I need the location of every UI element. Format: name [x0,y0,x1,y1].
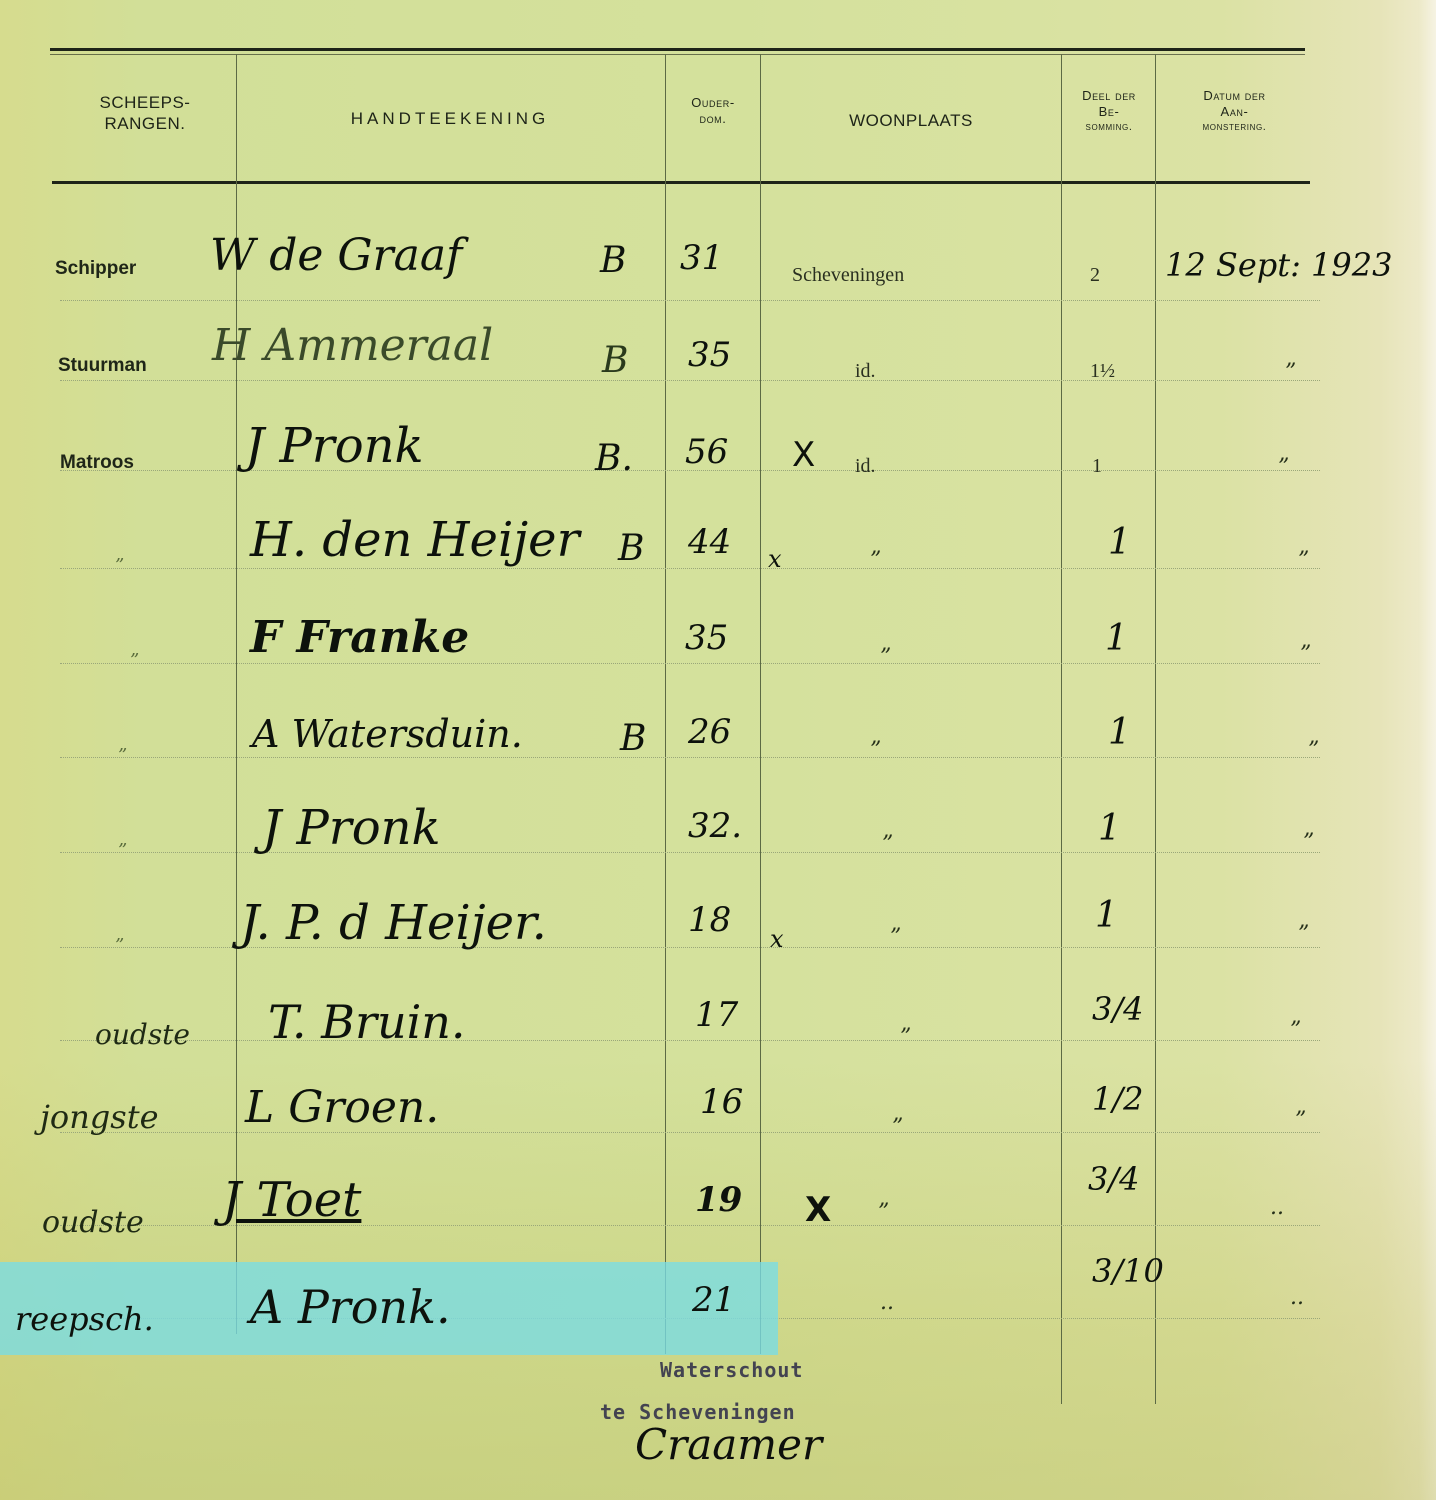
signature-cell: J Pronk [262,800,441,856]
date-cell: .. [1270,1195,1284,1220]
header-signature-label: HANDTEEKENING [351,109,549,128]
top-rule-thin [50,54,1305,55]
header-date: Datum der Aan- monstering. [1157,88,1312,134]
share-cell: 1 [1108,522,1131,563]
header-signature: HANDTEEKENING [240,108,660,129]
signature-cell: W de Graaf [210,230,462,281]
date-cell: ” [1300,642,1311,667]
residence-cell: ” [870,548,881,573]
age-cell: 44 [688,522,731,562]
row-guide [60,757,1320,758]
residence-cell: Scheveningen [792,264,904,287]
residence-cell: id. [855,455,876,478]
age-cell: 16 [700,1082,743,1122]
header-date-line2: Aan- [1157,104,1312,120]
row-guide [60,1040,1320,1041]
residence-cell: ” [882,832,893,857]
mark-cell: B [618,528,644,569]
signature-cell: H Ammeraal [212,320,493,371]
share-cell: 1 [1098,808,1121,849]
row-guide [60,568,1320,569]
signature-cell: F Franke [250,612,469,663]
header-rank-line1: SCHEEPS- [60,92,230,113]
signature-cell: A Pronk. [250,1280,451,1334]
header-date-line1: Datum der [1157,88,1312,104]
date-cell: ” [1303,830,1314,855]
mark-cell: B [620,718,646,759]
mark-cell: B [602,340,628,381]
header-age-line1: Ouder- [668,95,758,111]
header-residence-label: WOONPLAATS [849,111,973,130]
row-guide [60,300,1320,301]
header-rank: SCHEEPS- RANGEN. [60,92,230,135]
date-cell: ” [1298,548,1309,573]
signature-cell: J. P. d Heijer. [240,895,547,951]
age-cell: 31 [680,238,723,278]
share-cell: 1 [1105,618,1128,659]
cross-mark-cell: X [792,435,815,475]
age-cell: 35 [685,618,728,658]
rank-cell: ” [115,555,124,576]
row-guide [60,380,1320,381]
header-share-line3: somming. [1063,121,1155,135]
date-cell: ” [1298,922,1309,947]
residence-cell: ” [900,1025,911,1050]
date-cell: ” [1308,738,1319,763]
header-age-line2: dom. [668,111,758,127]
page-edge [1418,0,1436,1500]
cross-mark-cell: X [805,1190,831,1230]
signature-cell: T. Bruin. [268,995,466,1049]
rank-cell: Stuurman [58,355,147,377]
mark-cell: B. [595,438,633,479]
age-cell: 18 [688,900,731,940]
rank-cell: ” [130,650,139,671]
residence-cell: ” [892,1115,903,1140]
share-cell: 1½ [1090,360,1115,383]
header-share: Deel der Be- somming. [1063,88,1155,134]
header-date-line3: monstering. [1157,121,1312,135]
rank-cell: oudste [42,1205,144,1240]
rank-cell: reepsch. [15,1300,154,1338]
age-cell: 56 [685,432,728,472]
header-share-line1: Deel der [1063,88,1155,104]
share-cell: 3/4 [1088,1160,1140,1198]
share-cell: 3/10 [1092,1252,1164,1290]
share-cell: 1/2 [1092,1080,1144,1118]
header-share-line2: Be- [1063,104,1155,120]
signature-cell: J Toet [222,1172,361,1228]
rank-cell: ” [118,745,127,766]
rank-cell: oudste [95,1018,190,1051]
cross-mark-cell: x [768,545,782,573]
rank-cell: jongste [40,1098,159,1136]
signature-cell: A Watersduin. [252,712,523,756]
residence-cell: ” [890,925,901,950]
signature-cell: H. den Heijer [250,512,580,568]
age-cell: 26 [688,712,731,752]
signature-cell: L Groen. [245,1082,439,1133]
date-cell: 12 Sept: 1923 [1165,246,1392,284]
cross-mark-cell: x [770,925,784,953]
rank-cell: Schipper [55,258,136,280]
residence-cell: ” [880,645,891,670]
column-divider-5 [1155,54,1156,1404]
share-cell: 1 [1092,455,1102,478]
header-residence: WOONPLAATS [762,110,1060,131]
date-cell: ” [1278,455,1289,480]
date-cell: .. [1290,1285,1304,1310]
header-age: Ouder- dom. [668,95,758,128]
share-cell: 1 [1108,712,1131,753]
share-cell: 1 [1095,895,1118,936]
column-divider-4 [1061,54,1062,1404]
date-cell: ” [1295,1108,1306,1133]
row-guide [60,852,1320,853]
residence-cell: .. [880,1290,894,1315]
official-stamp-line1: Waterschout [660,1358,803,1382]
header-bottom-rule [52,181,1310,184]
column-divider-2 [665,54,666,1354]
signature-cell: J Pronk [245,418,424,474]
mark-cell: B [600,240,626,281]
share-cell: 2 [1090,264,1100,287]
official-signature: Craamer [635,1420,822,1469]
rank-cell: ” [118,840,127,861]
age-cell: 32. [688,806,742,846]
age-cell: 19 [695,1180,742,1220]
top-rule [50,48,1305,51]
column-divider-3 [760,54,761,1354]
rank-cell: Matroos [60,452,134,474]
rank-cell: ” [115,935,124,956]
residence-cell: id. [855,360,876,383]
age-cell: 21 [692,1280,735,1320]
share-cell: 3/4 [1092,990,1144,1028]
residence-cell: ” [878,1200,889,1225]
date-cell: ” [1285,360,1296,385]
age-cell: 17 [695,995,738,1035]
age-cell: 35 [688,335,731,375]
row-guide [60,663,1320,664]
header-rank-line2: RANGEN. [60,113,230,134]
date-cell: ” [1290,1018,1301,1043]
residence-cell: ” [870,738,881,763]
